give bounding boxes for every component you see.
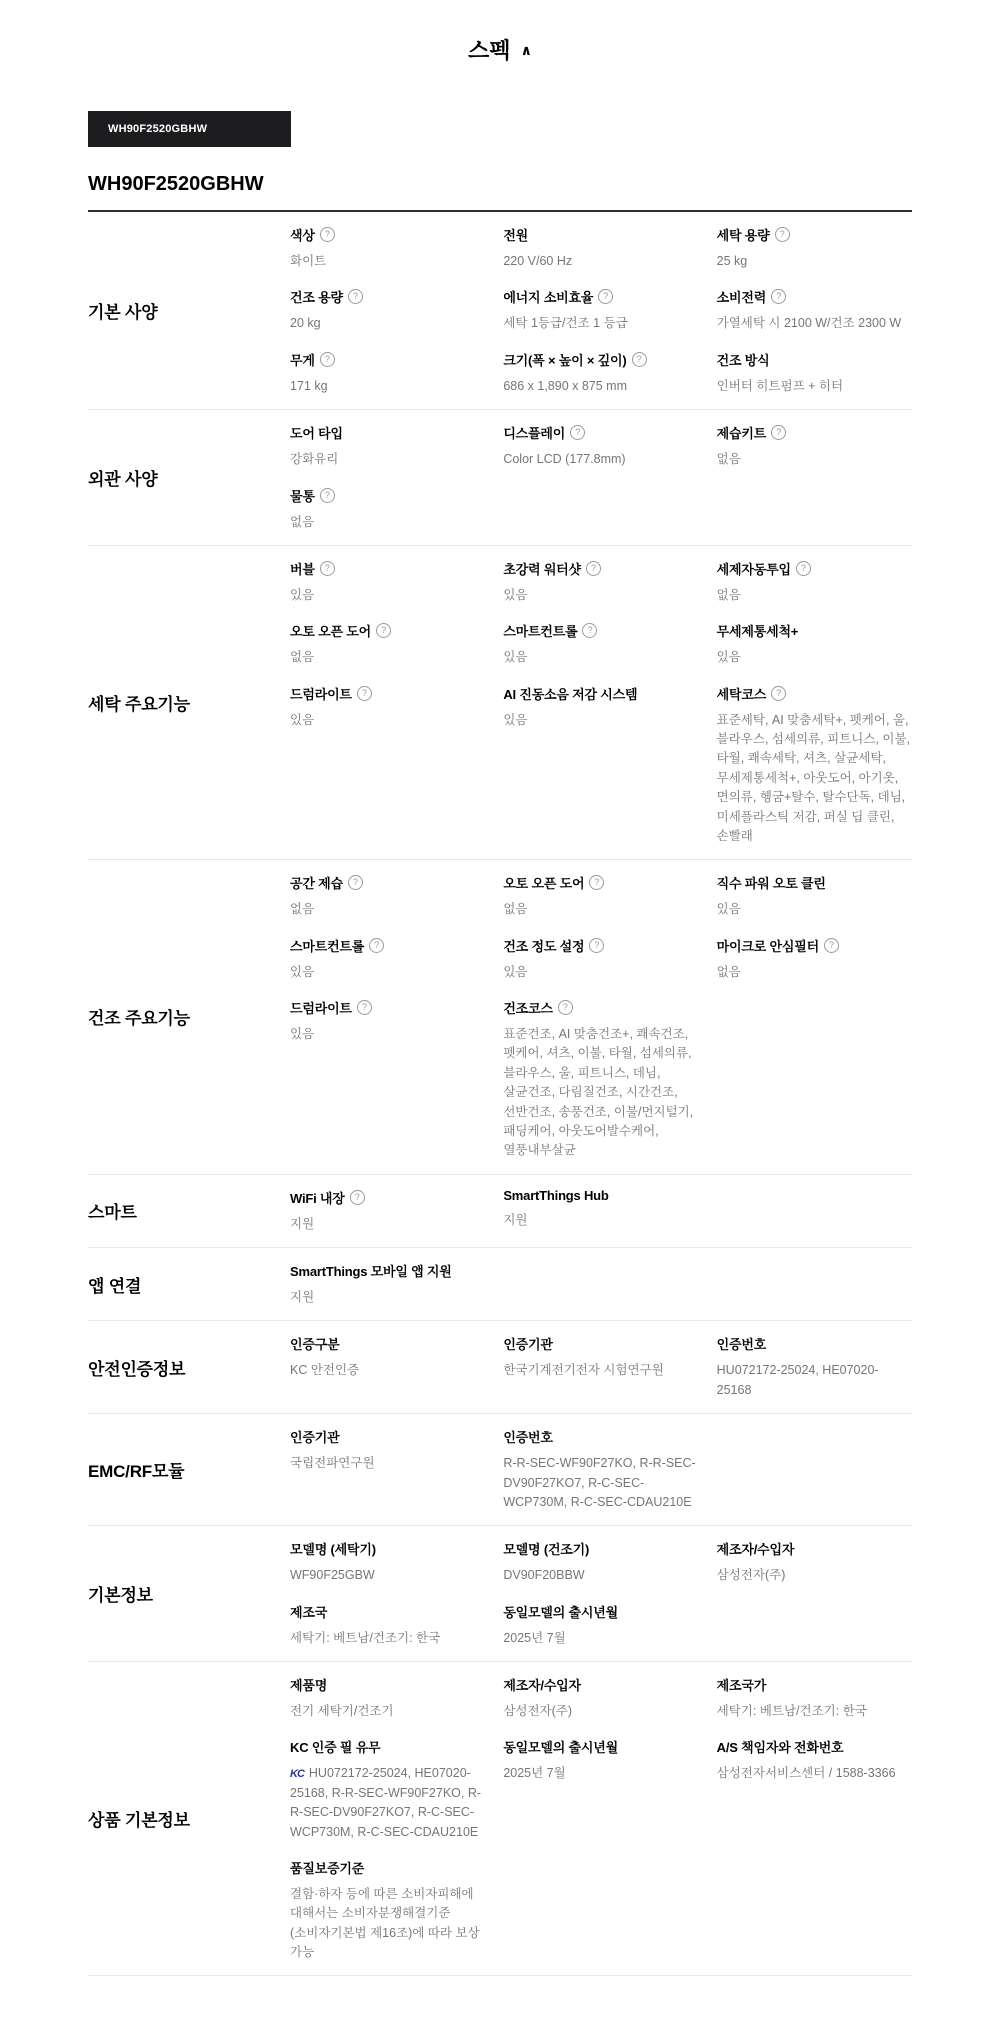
spec-field: 제조국 세탁기: 베트남/건조기: 한국 (290, 1602, 485, 1648)
field-value: 220 V/60 Hz (503, 252, 698, 271)
field-value: 없음 (717, 450, 912, 469)
spec-field: 색상 ? 화이트 (290, 225, 485, 271)
field-label: A/S 책임자와 전화번호 (717, 1737, 912, 1756)
field-value: 있음 (503, 963, 698, 982)
field-label: AI 진동소음 저감 시스템 (503, 684, 698, 703)
spec-field: 인증번호 HU072172-25024, HE07020-25168 (717, 1334, 912, 1400)
field-label-text: 오토 오픈 도어 (290, 621, 371, 640)
field-value: 결함·하자 등에 따른 소비자피해에 대해서는 소비자분쟁해결기준(소비자기본법… (290, 1885, 485, 1963)
field-value: 있음 (717, 648, 912, 667)
spec-section-2: 세탁 주요기능 버블 ? 있음 초강력 워터샷 ? 있음 세제자동투입 ? 없음… (88, 546, 912, 860)
field-label-text: 제습키트 (717, 423, 766, 442)
page-title: 스펙 (468, 34, 511, 65)
field-value: 한국기계전기전자 시험연구원 (503, 1361, 698, 1380)
field-value: KCHU072172-25024, HE07020-25168, R-R-SEC… (290, 1764, 485, 1842)
field-label-text: 도어 타입 (290, 423, 343, 442)
spec-field: 소비전력 ? 가열세탁 시 2100 W/건조 2300 W (717, 287, 912, 333)
field-value: 2025년 7월 (503, 1629, 698, 1648)
field-label: 무게 ? (290, 350, 485, 369)
field-label-text: 제조자/수입자 (503, 1675, 581, 1694)
field-value: 있음 (290, 711, 485, 730)
section-title: EMC/RF모듈 (88, 1457, 290, 1482)
spec-field: 건조코스 ? 표준건조, AI 맞춤건조+, 쾌속건조, 펫케어, 셔츠, 이불… (503, 998, 698, 1161)
section-title: 건조 주요기능 (88, 1004, 290, 1029)
field-label-text: 디스플레이 (503, 423, 565, 442)
field-label-text: 제조자/수입자 (717, 1539, 795, 1558)
spec-field: 공간 제습 ? 없음 (290, 873, 485, 919)
field-label: 전원 (503, 225, 698, 244)
info-icon[interactable]: ? (582, 623, 597, 638)
model-tab[interactable]: WH90F2520GBHW (88, 111, 291, 147)
field-value: 표준세탁, AI 맞춤세탁+, 펫케어, 울, 블라우스, 섬세의류, 피트니스… (717, 711, 912, 847)
spec-field: 인증기관 국립전파연구원 (290, 1427, 485, 1512)
field-label-text: 무세제통세척+ (717, 621, 799, 640)
spec-field: 드럼라이트 ? 있음 (290, 998, 485, 1161)
field-label-text: 색상 (290, 225, 315, 244)
field-label-text: 인증번호 (717, 1334, 766, 1353)
field-label-text: 모델명 (세탁기) (290, 1539, 376, 1558)
field-value: 세탁기: 베트남/건조기: 한국 (290, 1629, 485, 1648)
field-label-text: 세제자동투입 (717, 559, 791, 578)
spec-section-4: 스마트 WiFi 내장 ? 지원 SmartThings Hub 지원 (88, 1175, 912, 1248)
section-fields: 인증구분 KC 안전인증 인증기관 한국기계전기전자 시험연구원 인증번호 HU… (290, 1334, 912, 1400)
info-icon[interactable]: ? (357, 686, 372, 701)
field-label: 제습키트 ? (717, 423, 912, 442)
section-title: 외관 사양 (88, 465, 290, 490)
spec-field: 제조자/수입자 삼성전자(주) (503, 1675, 698, 1721)
field-label: 건조코스 ? (503, 998, 698, 1017)
field-value: 지원 (503, 1211, 698, 1230)
field-value: 20 kg (290, 314, 485, 333)
spec-field: 오토 오픈 도어 ? 없음 (503, 873, 698, 919)
field-value: 삼성전자(주) (717, 1566, 912, 1585)
field-label: 드럼라이트 ? (290, 684, 485, 703)
info-icon[interactable]: ? (771, 686, 786, 701)
field-label: 동일모델의 출시년월 (503, 1737, 698, 1756)
section-fields: 제품명 전기 세탁기/건조기 제조자/수입자 삼성전자(주) 제조국가 세탁기:… (290, 1675, 912, 1962)
spec-field: 드럼라이트 ? 있음 (290, 684, 485, 847)
spec-field: SmartThings Hub 지원 (503, 1188, 698, 1234)
field-label: 제조자/수입자 (717, 1539, 912, 1558)
spec-field: 스마트컨트롤 ? 있음 (503, 621, 698, 667)
spec-field: 모델명 (세탁기) WF90F25GBW (290, 1539, 485, 1585)
info-icon[interactable]: ? (369, 938, 384, 953)
info-icon[interactable]: ? (771, 289, 786, 304)
field-label: 건조 정도 설정 ? (503, 936, 698, 955)
field-label: WiFi 내장 ? (290, 1188, 485, 1207)
info-icon[interactable]: ? (350, 1190, 365, 1205)
field-value: 있음 (717, 900, 912, 919)
spec-field: 인증번호 R-R-SEC-WF90F27KO, R-R-SEC-DV90F27K… (503, 1427, 698, 1512)
field-value: 표준건조, AI 맞춤건조+, 쾌속건조, 펫케어, 셔츠, 이불, 타월, 섬… (503, 1025, 698, 1161)
field-label-text: 드럼라이트 (290, 998, 352, 1017)
field-label-text: 제품명 (290, 1675, 327, 1694)
field-label-text: 인증구분 (290, 1334, 339, 1353)
field-label: 색상 ? (290, 225, 485, 244)
field-label-text: 제조국가 (717, 1675, 766, 1694)
field-label-text: 건조 방식 (717, 350, 770, 369)
section-fields: 색상 ? 화이트 전원 220 V/60 Hz 세탁 용량 ? 25 kg 건조… (290, 225, 912, 396)
field-value: 세탁 1등급/건조 1 등급 (503, 314, 698, 333)
section-title: 안전인증정보 (88, 1355, 290, 1380)
spec-section-8: 기본정보 모델명 (세탁기) WF90F25GBW 모델명 (건조기) DV90… (88, 1526, 912, 1662)
spec-section-6: 안전인증정보 인증구분 KC 안전인증 인증기관 한국기계전기전자 시험연구원 … (88, 1321, 912, 1414)
field-value: 25 kg (717, 252, 912, 271)
spec-field: 도어 타입 강화유리 (290, 423, 485, 469)
info-icon[interactable]: ? (558, 1000, 573, 1015)
field-value: 지원 (290, 1215, 485, 1234)
info-icon[interactable]: ? (357, 1000, 372, 1015)
spec-field: 세탁코스 ? 표준세탁, AI 맞춤세탁+, 펫케어, 울, 블라우스, 섬세의… (717, 684, 912, 847)
field-label: 크기(폭 × 높이 × 깊이) ? (503, 350, 698, 369)
spec-field: 제습키트 ? 없음 (717, 423, 912, 469)
field-label-text: 스마트컨트롤 (290, 936, 364, 955)
field-value: 있음 (290, 586, 485, 605)
field-label: 소비전력 ? (717, 287, 912, 306)
spec-field: AI 진동소음 저감 시스템 있음 (503, 684, 698, 847)
field-label: 도어 타입 (290, 423, 485, 442)
field-label: 직수 파워 오토 클린 (717, 873, 912, 892)
field-label-text: 버블 (290, 559, 315, 578)
field-label: 건조 용량 ? (290, 287, 485, 306)
spec-field: SmartThings 모바일 앱 지원 지원 (290, 1261, 485, 1307)
field-label-text: 공간 제습 (290, 873, 343, 892)
field-label: 모델명 (건조기) (503, 1539, 698, 1558)
model-tab-label: WH90F2520GBHW (108, 123, 207, 135)
field-label: 세제자동투입 ? (717, 559, 912, 578)
spec-section-header[interactable]: 스펙 ∧ (88, 34, 912, 65)
field-value: 있음 (503, 711, 698, 730)
field-value: 있음 (290, 1025, 485, 1044)
field-label-text: 세탁코스 (717, 684, 766, 703)
spec-field: 제조자/수입자 삼성전자(주) (717, 1539, 912, 1585)
field-value: 686 x 1,890 x 875 mm (503, 377, 698, 396)
info-icon[interactable]: ? (320, 561, 335, 576)
field-label: 디스플레이 ? (503, 423, 698, 442)
section-title: 세탁 주요기능 (88, 690, 290, 715)
field-label: 마이크로 안심필터 ? (717, 936, 912, 955)
field-label: 공간 제습 ? (290, 873, 485, 892)
field-value: Color LCD (177.8mm) (503, 450, 698, 469)
field-value: 삼성전자서비스센터 / 1588-3366 (717, 1764, 912, 1783)
spec-field: 모델명 (건조기) DV90F20BBW (503, 1539, 698, 1585)
info-icon[interactable]: ? (771, 425, 786, 440)
spec-field: 직수 파워 오토 클린 있음 (717, 873, 912, 919)
field-label: 무세제통세척+ (717, 621, 912, 640)
field-label-text: SmartThings Hub (503, 1188, 608, 1203)
field-value: 강화유리 (290, 450, 485, 469)
field-label-text: 에너지 소비효율 (503, 287, 593, 306)
section-fields: 모델명 (세탁기) WF90F25GBW 모델명 (건조기) DV90F20BB… (290, 1539, 912, 1648)
field-label: SmartThings 모바일 앱 지원 (290, 1261, 485, 1280)
field-label: 인증번호 (717, 1334, 912, 1353)
info-icon[interactable]: ? (320, 352, 335, 367)
spec-field: WiFi 내장 ? 지원 (290, 1188, 485, 1234)
spec-field: 오토 오픈 도어 ? 없음 (290, 621, 485, 667)
field-label: 물통 ? (290, 486, 485, 505)
field-label-text: 인증번호 (503, 1427, 552, 1446)
field-label: 드럼라이트 ? (290, 998, 485, 1017)
field-label: 제조국 (290, 1602, 485, 1621)
section-title: 스마트 (88, 1198, 290, 1223)
field-label: 제품명 (290, 1675, 485, 1694)
section-fields: SmartThings 모바일 앱 지원 지원 (290, 1261, 912, 1307)
spec-field: 크기(폭 × 높이 × 깊이) ? 686 x 1,890 x 875 mm (503, 350, 698, 396)
field-label: SmartThings Hub (503, 1188, 698, 1203)
field-label: 제조국가 (717, 1675, 912, 1694)
section-title: 앱 연결 (88, 1272, 290, 1297)
info-icon[interactable]: ? (376, 623, 391, 638)
model-heading: WH90F2520GBHW (88, 173, 912, 196)
field-label-text: 물통 (290, 486, 315, 505)
field-label-text: 동일모델의 출시년월 (503, 1602, 618, 1621)
spec-field: 세탁 용량 ? 25 kg (717, 225, 912, 271)
field-label-text: SmartThings 모바일 앱 지원 (290, 1261, 452, 1280)
spec-field: 건조 방식 인버터 히트펌프 + 히터 (717, 350, 912, 396)
field-value: 없음 (503, 900, 698, 919)
spec-field: 동일모델의 출시년월 2025년 7월 (503, 1602, 698, 1648)
section-fields: 도어 타입 강화유리 디스플레이 ? Color LCD (177.8mm) 제… (290, 423, 912, 532)
section-title: 상품 기본정보 (88, 1806, 290, 1831)
field-label-text: 인증기관 (503, 1334, 552, 1353)
field-label-text: 세탁 용량 (717, 225, 770, 244)
spec-field: 무게 ? 171 kg (290, 350, 485, 396)
spec-field: 버블 ? 있음 (290, 559, 485, 605)
field-label-text: 드럼라이트 (290, 684, 352, 703)
info-icon[interactable]: ? (348, 875, 363, 890)
spec-field: 물통 ? 없음 (290, 486, 485, 532)
spec-page: 스펙 ∧ WH90F2520GBHW WH90F2520GBHW 기본 사양 색… (0, 0, 1000, 2036)
spec-field: 인증구분 KC 안전인증 (290, 1334, 485, 1400)
info-icon[interactable]: ? (320, 227, 335, 242)
spec-section-1: 외관 사양 도어 타입 강화유리 디스플레이 ? Color LCD (177.… (88, 410, 912, 546)
info-icon[interactable]: ? (824, 938, 839, 953)
spec-field: 제조국가 세탁기: 베트남/건조기: 한국 (717, 1675, 912, 1721)
field-label: 제조자/수입자 (503, 1675, 698, 1694)
info-icon[interactable]: ? (598, 289, 613, 304)
section-title: 기본 사양 (88, 298, 290, 323)
spec-field: 에너지 소비효율 ? 세탁 1등급/건조 1 등급 (503, 287, 698, 333)
info-icon[interactable]: ? (632, 352, 647, 367)
field-value: 없음 (290, 648, 485, 667)
field-label: 초강력 워터샷 ? (503, 559, 698, 578)
field-label-text: KC 인증 필 유무 (290, 1737, 380, 1756)
section-fields: 버블 ? 있음 초강력 워터샷 ? 있음 세제자동투입 ? 없음 오토 오픈 도… (290, 559, 912, 846)
info-icon[interactable]: ? (796, 561, 811, 576)
info-icon[interactable]: ? (320, 488, 335, 503)
field-label: 인증기관 (290, 1427, 485, 1446)
field-label: 에너지 소비효율 ? (503, 287, 698, 306)
field-label-text: 건조 용량 (290, 287, 343, 306)
field-label: KC 인증 필 유무 (290, 1737, 485, 1756)
spec-sections: 기본 사양 색상 ? 화이트 전원 220 V/60 Hz 세탁 용량 ? 25… (88, 210, 912, 1976)
field-label: 인증기관 (503, 1334, 698, 1353)
field-label: 건조 방식 (717, 350, 912, 369)
info-icon[interactable]: ? (589, 938, 604, 953)
field-label: 동일모델의 출시년월 (503, 1602, 698, 1621)
spec-field: 제품명 전기 세탁기/건조기 (290, 1675, 485, 1721)
field-value: 있음 (503, 586, 698, 605)
field-value: 있음 (503, 648, 698, 667)
spec-field: 동일모델의 출시년월 2025년 7월 (503, 1737, 698, 1842)
field-value: 없음 (290, 900, 485, 919)
field-value: 화이트 (290, 252, 485, 271)
field-value: 없음 (717, 586, 912, 605)
field-label: 인증번호 (503, 1427, 698, 1446)
chevron-up-icon[interactable]: ∧ (521, 42, 532, 59)
spec-field: 무세제통세척+ 있음 (717, 621, 912, 667)
field-label-text: 스마트컨트롤 (503, 621, 577, 640)
section-fields: 인증기관 국립전파연구원 인증번호 R-R-SEC-WF90F27KO, R-R… (290, 1427, 912, 1512)
field-value: 지원 (290, 1288, 485, 1307)
section-fields: WiFi 내장 ? 지원 SmartThings Hub 지원 (290, 1188, 912, 1234)
field-label-text: 마이크로 안심필터 (717, 936, 819, 955)
field-label-text: 초강력 워터샷 (503, 559, 581, 578)
field-label-text: 소비전력 (717, 287, 766, 306)
spec-section-7: EMC/RF모듈 인증기관 국립전파연구원 인증번호 R-R-SEC-WF90F… (88, 1414, 912, 1526)
field-value: KC 안전인증 (290, 1361, 485, 1380)
field-label: 스마트컨트롤 ? (290, 936, 485, 955)
field-label-text: AI 진동소음 저감 시스템 (503, 684, 637, 703)
field-value: DV90F20BBW (503, 1566, 698, 1585)
field-value: HU072172-25024, HE07020-25168 (717, 1361, 912, 1400)
spec-field: 초강력 워터샷 ? 있음 (503, 559, 698, 605)
spec-field: 마이크로 안심필터 ? 없음 (717, 936, 912, 982)
field-label: 세탁 용량 ? (717, 225, 912, 244)
field-label-text: A/S 책임자와 전화번호 (717, 1737, 844, 1756)
field-label-text: 전원 (503, 225, 528, 244)
spec-field: KC 인증 필 유무 KCHU072172-25024, HE07020-251… (290, 1737, 485, 1842)
field-label-text: 무게 (290, 350, 315, 369)
kc-mark-icon: KC (290, 1768, 304, 1780)
field-label-text: 인증기관 (290, 1427, 339, 1446)
field-value: 있음 (290, 963, 485, 982)
spec-section-9: 상품 기본정보 제품명 전기 세탁기/건조기 제조자/수입자 삼성전자(주) 제… (88, 1662, 912, 1976)
field-label-text: 동일모델의 출시년월 (503, 1737, 618, 1756)
field-label: 인증구분 (290, 1334, 485, 1353)
spec-field: 건조 정도 설정 ? 있음 (503, 936, 698, 982)
field-value: R-R-SEC-WF90F27KO, R-R-SEC-DV90F27KO7, R… (503, 1454, 698, 1512)
section-fields: 공간 제습 ? 없음 오토 오픈 도어 ? 없음 직수 파워 오토 클린 있음 … (290, 873, 912, 1160)
field-label-text: 직수 파워 오토 클린 (717, 873, 826, 892)
field-label: 버블 ? (290, 559, 485, 578)
spec-field: 세제자동투입 ? 없음 (717, 559, 912, 605)
info-icon[interactable]: ? (589, 875, 604, 890)
field-label: 오토 오픈 도어 ? (503, 873, 698, 892)
spec-field: A/S 책임자와 전화번호 삼성전자서비스센터 / 1588-3366 (717, 1737, 912, 1842)
field-label: 모델명 (세탁기) (290, 1539, 485, 1558)
spec-field: 품질보증기준 결함·하자 등에 따른 소비자피해에 대해서는 소비자분쟁해결기준… (290, 1858, 485, 1963)
field-label: 품질보증기준 (290, 1858, 485, 1877)
field-value: 없음 (717, 963, 912, 982)
info-icon[interactable]: ? (775, 227, 790, 242)
field-value: 2025년 7월 (503, 1764, 698, 1783)
info-icon[interactable]: ? (570, 425, 585, 440)
field-value: 삼성전자(주) (503, 1702, 698, 1721)
field-label-text: 오토 오픈 도어 (503, 873, 584, 892)
spec-section-5: 앱 연결 SmartThings 모바일 앱 지원 지원 (88, 1248, 912, 1321)
field-value: 전기 세탁기/건조기 (290, 1702, 485, 1721)
field-label: 오토 오픈 도어 ? (290, 621, 485, 640)
field-label: 스마트컨트롤 ? (503, 621, 698, 640)
spec-section-0: 기본 사양 색상 ? 화이트 전원 220 V/60 Hz 세탁 용량 ? 25… (88, 212, 912, 410)
field-value: 가열세탁 시 2100 W/건조 2300 W (717, 314, 912, 333)
field-label: 세탁코스 ? (717, 684, 912, 703)
spec-field: 건조 용량 ? 20 kg (290, 287, 485, 333)
section-title: 기본정보 (88, 1581, 290, 1606)
spec-section-3: 건조 주요기능 공간 제습 ? 없음 오토 오픈 도어 ? 없음 직수 파워 오… (88, 860, 912, 1174)
field-value: 171 kg (290, 377, 485, 396)
info-icon[interactable]: ? (586, 561, 601, 576)
field-value: 세탁기: 베트남/건조기: 한국 (717, 1702, 912, 1721)
spec-field: 디스플레이 ? Color LCD (177.8mm) (503, 423, 698, 469)
field-value: 없음 (290, 513, 485, 532)
spec-field: 전원 220 V/60 Hz (503, 225, 698, 271)
field-value: 인버터 히트펌프 + 히터 (717, 377, 912, 396)
field-label-text: 품질보증기준 (290, 1858, 364, 1877)
field-value: WF90F25GBW (290, 1566, 485, 1585)
field-label-text: 크기(폭 × 높이 × 깊이) (503, 350, 626, 369)
info-icon[interactable]: ? (348, 289, 363, 304)
field-value: 국립전파연구원 (290, 1454, 485, 1473)
field-label-text: 제조국 (290, 1602, 327, 1621)
spec-field: 스마트컨트롤 ? 있음 (290, 936, 485, 982)
field-label-text: 건조코스 (503, 998, 552, 1017)
spec-field: 인증기관 한국기계전기전자 시험연구원 (503, 1334, 698, 1400)
field-label-text: 건조 정도 설정 (503, 936, 584, 955)
field-label-text: 모델명 (건조기) (503, 1539, 589, 1558)
field-label-text: WiFi 내장 (290, 1188, 345, 1207)
